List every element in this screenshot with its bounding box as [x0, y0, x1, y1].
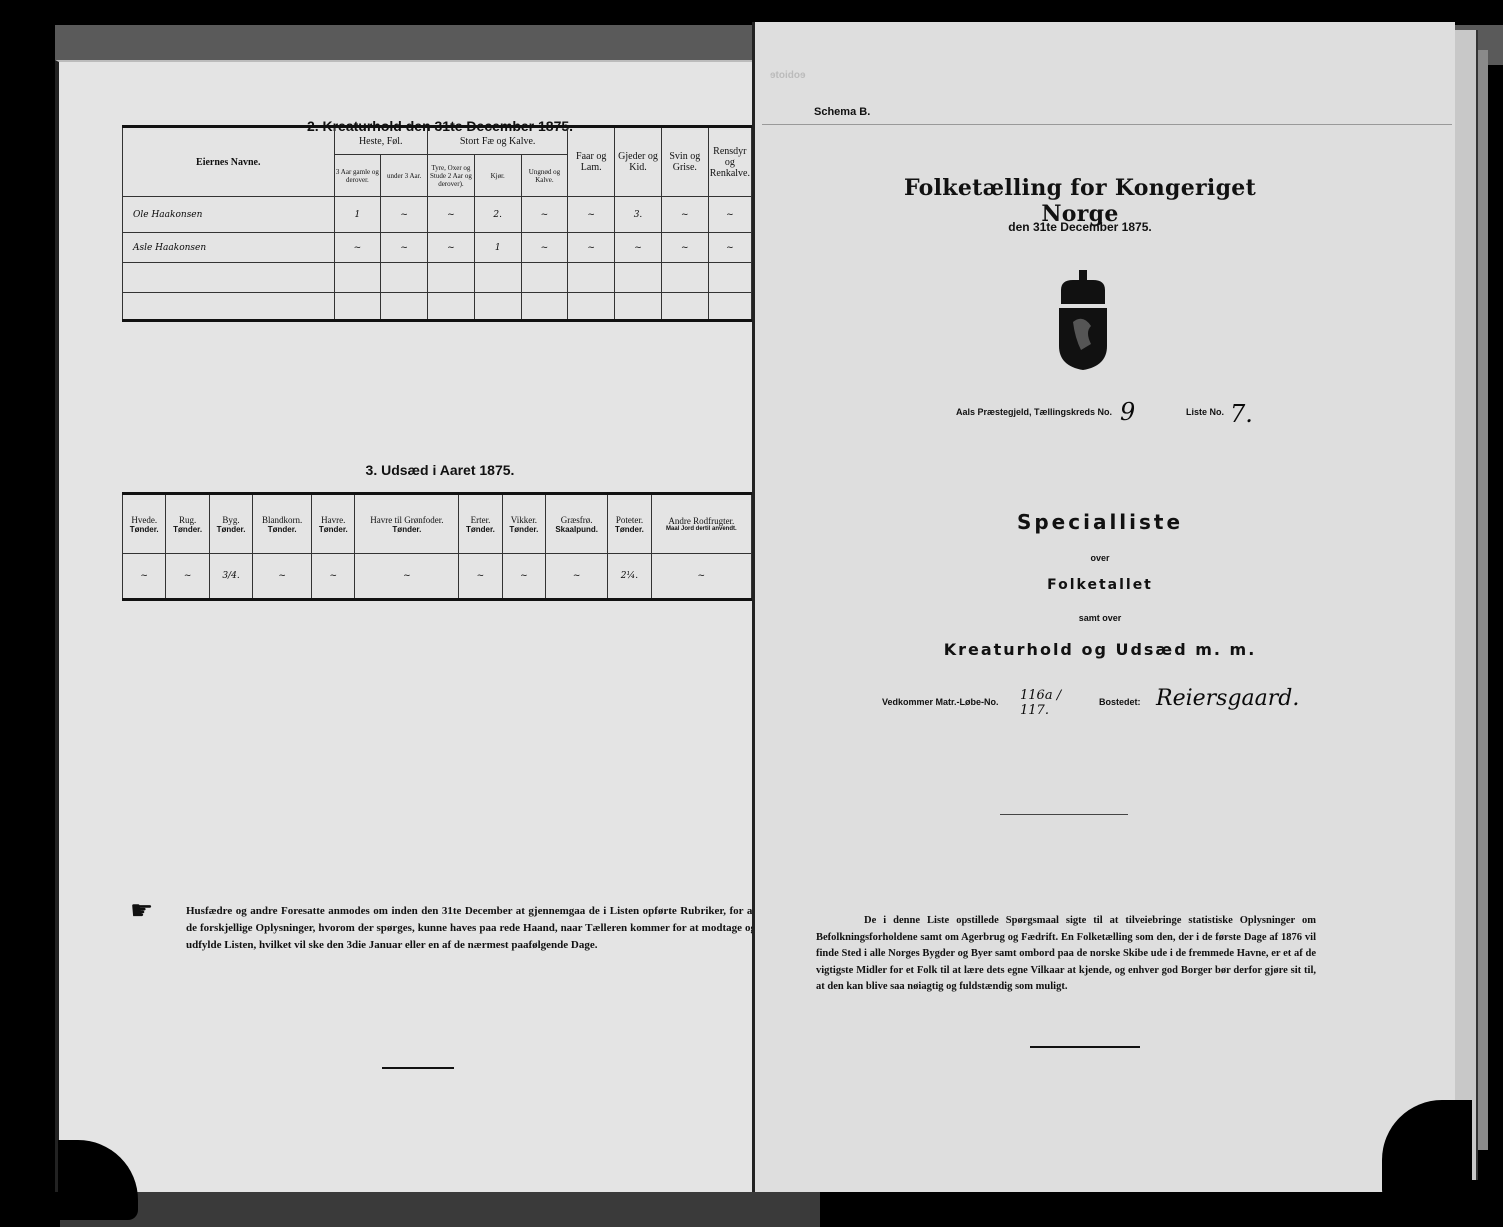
- matr-label: Vedkommer Matr.-Løbe-No.: [882, 697, 999, 707]
- cell: ~: [381, 197, 428, 233]
- header-sheep: Faar og Lam.: [568, 127, 615, 197]
- table-row: [123, 263, 752, 293]
- cell: ~: [521, 233, 568, 263]
- section3-title: 3. Udsæd i Aaret 1875.: [120, 462, 760, 478]
- cell: ~: [166, 554, 209, 600]
- cell: 3/4.: [209, 554, 252, 600]
- faint-table-rule: [762, 124, 1452, 125]
- seed-header: Poteter.Tønder.: [608, 494, 651, 554]
- mirrored-bleed-text: ɘtoidoɘ: [770, 70, 970, 81]
- cell: ~: [708, 197, 751, 233]
- cell: ~: [568, 197, 615, 233]
- list-number: 7.: [1230, 400, 1253, 428]
- census-paragraph: De i denne Liste opstillede Spørgsmaal s…: [816, 913, 1316, 996]
- samt-over-label: samt over: [880, 613, 1320, 623]
- cell: ~: [708, 233, 751, 263]
- page-stack-edge: [1452, 30, 1478, 1180]
- parish-label: Aals Præstegjeld, Tællingskreds No.: [956, 407, 1112, 417]
- census-date: den 31te December 1875.: [880, 220, 1280, 234]
- seed-header: Erter.Tønder.: [459, 494, 502, 554]
- cell: ~: [253, 554, 312, 600]
- seed-header: Havre til Grønfoder.Tønder.: [355, 494, 459, 554]
- header-owner: Eiernes Navne.: [123, 127, 335, 197]
- header-horses: Heste, Føl.: [334, 127, 428, 155]
- header-horses-old: 3 Aar gamle og derover.: [334, 155, 381, 197]
- table-row: [123, 293, 752, 321]
- cell: ~: [615, 233, 662, 263]
- cell: 1: [474, 233, 521, 263]
- cell: ~: [568, 233, 615, 263]
- header-reindeer: Rensdyr og Renkalve.: [708, 127, 751, 197]
- seed-header: Rug.Tønder.: [166, 494, 209, 554]
- seed-header: Andre Rodfrugter.Maal Jord dertil anvend…: [651, 494, 751, 554]
- bosted-label: Bostedet:: [1099, 697, 1141, 707]
- header-horses-young: under 3 Aar.: [381, 155, 428, 197]
- page-stack-edge-dark: [1478, 50, 1488, 1150]
- livestock-table: Eiernes Navne. Heste, Føl. Stort Fæ og K…: [122, 125, 752, 322]
- cell: ~: [521, 197, 568, 233]
- cell: ~: [502, 554, 545, 600]
- cell: ~: [546, 554, 608, 600]
- header-cattle: Stort Fæ og Kalve.: [428, 127, 568, 155]
- bosted-value: Reiersgaard.: [1156, 686, 1299, 711]
- cell: ~: [355, 554, 459, 600]
- seed-header: Byg.Tønder.: [209, 494, 252, 554]
- seed-table: Hvede.Tønder. Rug.Tønder. Byg.Tønder. Bl…: [122, 492, 752, 601]
- cell: ~: [428, 197, 475, 233]
- list-label: Liste No.: [1186, 407, 1224, 417]
- folketallet-label: Folketallet: [880, 577, 1320, 593]
- instructions-notice: Husfædre og andre Foresatte anmodes om i…: [186, 903, 756, 954]
- cell: ~: [428, 233, 475, 263]
- cell: 2.: [474, 197, 521, 233]
- seed-header: Vikker.Tønder.: [502, 494, 545, 554]
- cell: 2¼.: [608, 554, 651, 600]
- divider-rule: [1000, 814, 1128, 815]
- cell: ~: [312, 554, 355, 600]
- seed-header: Græsfrø.Skaalpund.: [546, 494, 608, 554]
- district-number: 9: [1120, 398, 1135, 426]
- cell: 1: [334, 197, 381, 233]
- pointing-hand-icon: ☛: [130, 898, 153, 924]
- special-list-title: Specialliste: [880, 510, 1320, 534]
- cell: ~: [123, 554, 166, 600]
- owner-name: Asle Haakonsen: [123, 233, 335, 263]
- table-row: Asle Haakonsen ~ ~ ~ 1 ~ ~ ~ ~ ~: [123, 233, 752, 263]
- subtitle: Kreaturhold og Udsæd m. m.: [880, 640, 1320, 659]
- divider-rule: [382, 1067, 454, 1069]
- schema-label: Schema B.: [814, 106, 870, 118]
- matr-number: 116a / 117.: [1020, 688, 1070, 718]
- cell: ~: [651, 554, 751, 600]
- seed-header: Blandkorn.Tønder.: [253, 494, 312, 554]
- coat-of-arms-icon: [1055, 270, 1111, 370]
- header-goats: Gjeder og Kid.: [615, 127, 662, 197]
- cell: ~: [661, 233, 708, 263]
- cell: ~: [334, 233, 381, 263]
- owner-name: Ole Haakonsen: [123, 197, 335, 233]
- over-label: over: [880, 553, 1320, 563]
- table-row: Ole Haakonsen 1 ~ ~ 2. ~ ~ 3. ~ ~: [123, 197, 752, 233]
- header-cattle-cows: Kjør.: [474, 155, 521, 197]
- table-row: ~ ~ 3/4. ~ ~ ~ ~ ~ ~ 2¼. ~: [123, 554, 752, 600]
- header-cattle-bulls: Tyre, Oxer og Stude 2 Aar og derover).: [428, 155, 475, 197]
- cell: ~: [661, 197, 708, 233]
- header-cattle-young: Ungnød og Kalve.: [521, 155, 568, 197]
- seed-header: Havre.Tønder.: [312, 494, 355, 554]
- cell: ~: [459, 554, 502, 600]
- header-pigs: Svin og Grise.: [661, 127, 708, 197]
- cell: ~: [381, 233, 428, 263]
- seed-header: Hvede.Tønder.: [123, 494, 166, 554]
- cell: 3.: [615, 197, 662, 233]
- divider-rule: [1030, 1046, 1140, 1048]
